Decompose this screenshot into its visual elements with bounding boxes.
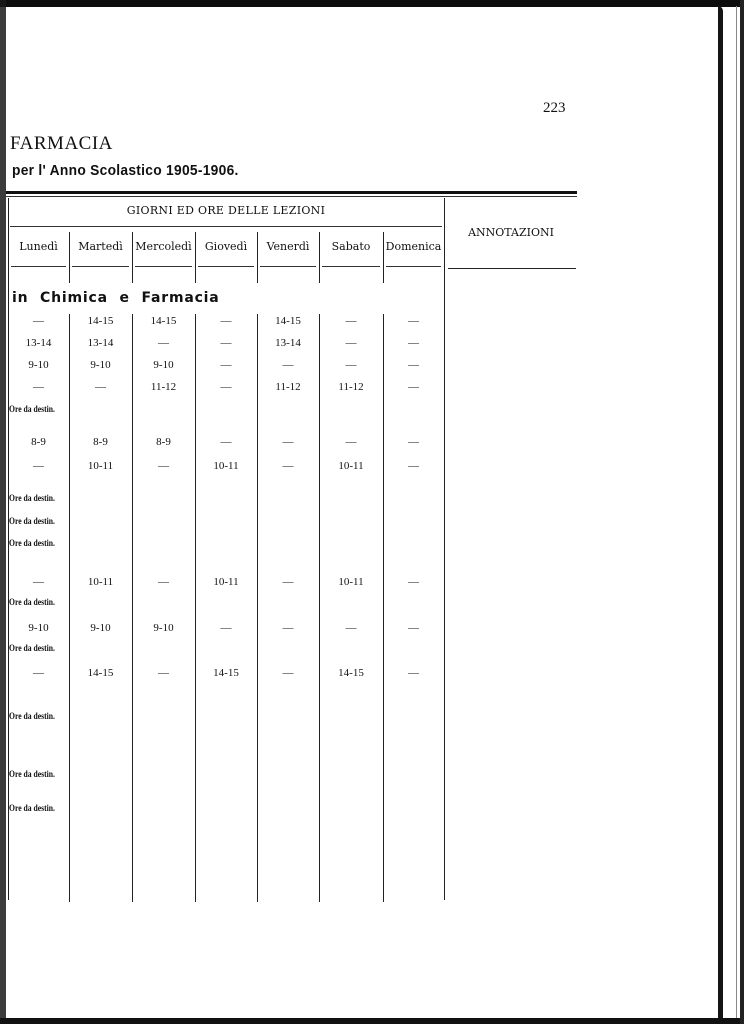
table-border-left bbox=[8, 198, 9, 900]
table-cell: — bbox=[383, 359, 444, 371]
column-divider bbox=[383, 314, 384, 902]
table-cell: — bbox=[383, 576, 444, 588]
note-label: Ore da destin. bbox=[9, 643, 55, 653]
table-cell: — bbox=[319, 315, 383, 327]
table-cell: — bbox=[383, 436, 444, 448]
column-divider bbox=[383, 232, 384, 283]
note-label: Ore da destin. bbox=[9, 769, 55, 779]
note-label: Ore da destin. bbox=[9, 803, 55, 813]
group-header-rule bbox=[10, 226, 442, 227]
day-header: Lunedì bbox=[8, 240, 69, 253]
table-cell: — bbox=[195, 381, 257, 393]
table-cell: — bbox=[383, 381, 444, 393]
note-label: Ore da destin. bbox=[9, 516, 55, 526]
table-cell: 14-15 bbox=[257, 315, 319, 327]
table-cell: 10-11 bbox=[69, 576, 132, 588]
column-divider bbox=[257, 314, 258, 902]
table-cell: 14-15 bbox=[195, 667, 257, 679]
table-cell: — bbox=[195, 359, 257, 371]
column-divider bbox=[132, 232, 133, 283]
table-cell: — bbox=[8, 576, 69, 588]
table-cell: 9-10 bbox=[8, 359, 69, 371]
header-rule-thick bbox=[6, 191, 577, 194]
table-cell: — bbox=[383, 622, 444, 634]
table-cell: — bbox=[319, 337, 383, 349]
day-header: Venerdì bbox=[257, 240, 319, 253]
table-cell: 13-14 bbox=[8, 337, 69, 349]
table-cell: — bbox=[195, 622, 257, 634]
table-cell: — bbox=[69, 381, 132, 393]
table-cell: — bbox=[319, 359, 383, 371]
table-cell: — bbox=[257, 576, 319, 588]
table-cell: — bbox=[132, 460, 195, 472]
table-cell: — bbox=[319, 436, 383, 448]
table-cell: — bbox=[319, 622, 383, 634]
table-cell: 9-10 bbox=[69, 359, 132, 371]
table-cell: — bbox=[195, 337, 257, 349]
day-header: Mercoledì bbox=[132, 240, 195, 253]
table-cell: 14-15 bbox=[132, 315, 195, 327]
table-cell: — bbox=[383, 337, 444, 349]
day-header-underline bbox=[135, 266, 192, 267]
page-number: 223 bbox=[543, 100, 566, 117]
column-divider bbox=[195, 314, 196, 902]
table-cell: 8-9 bbox=[132, 436, 195, 448]
table-cell: 11-12 bbox=[132, 381, 195, 393]
day-header-underline bbox=[11, 266, 66, 267]
header-rule-thin bbox=[6, 196, 577, 197]
table-cell: 14-15 bbox=[69, 315, 132, 327]
table-cell: — bbox=[257, 460, 319, 472]
table-cell: 9-10 bbox=[132, 622, 195, 634]
page-edge-right bbox=[718, 6, 723, 1018]
table-cell: 9-10 bbox=[69, 622, 132, 634]
table-cell: — bbox=[383, 460, 444, 472]
table-cell: 10-11 bbox=[319, 576, 383, 588]
table-cell: 10-11 bbox=[69, 460, 132, 472]
table-cell: — bbox=[8, 667, 69, 679]
table-cell: — bbox=[132, 576, 195, 588]
table-cell: 8-9 bbox=[8, 436, 69, 448]
table-cell: — bbox=[257, 667, 319, 679]
note-label: Ore da destin. bbox=[9, 597, 55, 607]
column-divider bbox=[319, 232, 320, 283]
table-cell: 9-10 bbox=[132, 359, 195, 371]
table-cell: — bbox=[132, 667, 195, 679]
table-cell: 8-9 bbox=[69, 436, 132, 448]
table-cell: — bbox=[257, 436, 319, 448]
table-cell: — bbox=[8, 381, 69, 393]
table-cell: 11-12 bbox=[319, 381, 383, 393]
note-label: Ore da destin. bbox=[9, 538, 55, 548]
table-cell: — bbox=[195, 436, 257, 448]
table-cell: 9-10 bbox=[8, 622, 69, 634]
column-divider bbox=[195, 232, 196, 283]
day-header-underline bbox=[322, 266, 380, 267]
page-subtitle: per l' Anno Scolastico 1905-1906. bbox=[12, 162, 239, 179]
table-cell: — bbox=[8, 460, 69, 472]
table-cell: — bbox=[132, 337, 195, 349]
column-divider bbox=[69, 232, 70, 283]
column-divider bbox=[257, 232, 258, 283]
table-cell: — bbox=[383, 315, 444, 327]
annotations-header: ANNOTAZIONI bbox=[446, 226, 576, 239]
day-header-underline bbox=[386, 266, 441, 267]
day-header: Domenica bbox=[383, 240, 444, 253]
table-cell: — bbox=[195, 315, 257, 327]
table-cell: — bbox=[257, 359, 319, 371]
day-header-underline bbox=[198, 266, 254, 267]
scan-border-top bbox=[0, 0, 744, 7]
column-divider bbox=[69, 314, 70, 902]
table-cell: 14-15 bbox=[319, 667, 383, 679]
scan-border-bottom bbox=[0, 1018, 744, 1024]
table-cell: 14-15 bbox=[69, 667, 132, 679]
table-cell: — bbox=[8, 315, 69, 327]
note-label: Ore da destin. bbox=[9, 404, 55, 414]
scan-border-left bbox=[0, 0, 6, 1024]
column-divider bbox=[132, 314, 133, 902]
annotations-rule bbox=[448, 268, 576, 269]
table-cell: 10-11 bbox=[195, 460, 257, 472]
day-header-underline bbox=[72, 266, 129, 267]
column-divider bbox=[319, 314, 320, 902]
table-cell: — bbox=[257, 622, 319, 634]
group-header: GIORNI ED ORE DELLE LEZIONI bbox=[8, 204, 444, 217]
table-cell: 11-12 bbox=[257, 381, 319, 393]
table-cell: 10-11 bbox=[195, 576, 257, 588]
day-header: Martedì bbox=[69, 240, 132, 253]
table-cell: — bbox=[383, 667, 444, 679]
day-header: Sabato bbox=[319, 240, 383, 253]
section-title: in Chimica e Farmacia bbox=[12, 290, 220, 306]
day-header: Giovedì bbox=[195, 240, 257, 253]
table-cell: 13-14 bbox=[69, 337, 132, 349]
note-label: Ore da destin. bbox=[9, 711, 55, 721]
table-cell: 13-14 bbox=[257, 337, 319, 349]
table-border-right bbox=[444, 198, 445, 900]
note-label: Ore da destin. bbox=[9, 493, 55, 503]
table-cell: 10-11 bbox=[319, 460, 383, 472]
page-title: FARMACIA bbox=[10, 133, 113, 155]
day-header-underline bbox=[260, 266, 316, 267]
scan-border-right bbox=[740, 0, 744, 1024]
page-edge-strip bbox=[736, 6, 737, 1018]
